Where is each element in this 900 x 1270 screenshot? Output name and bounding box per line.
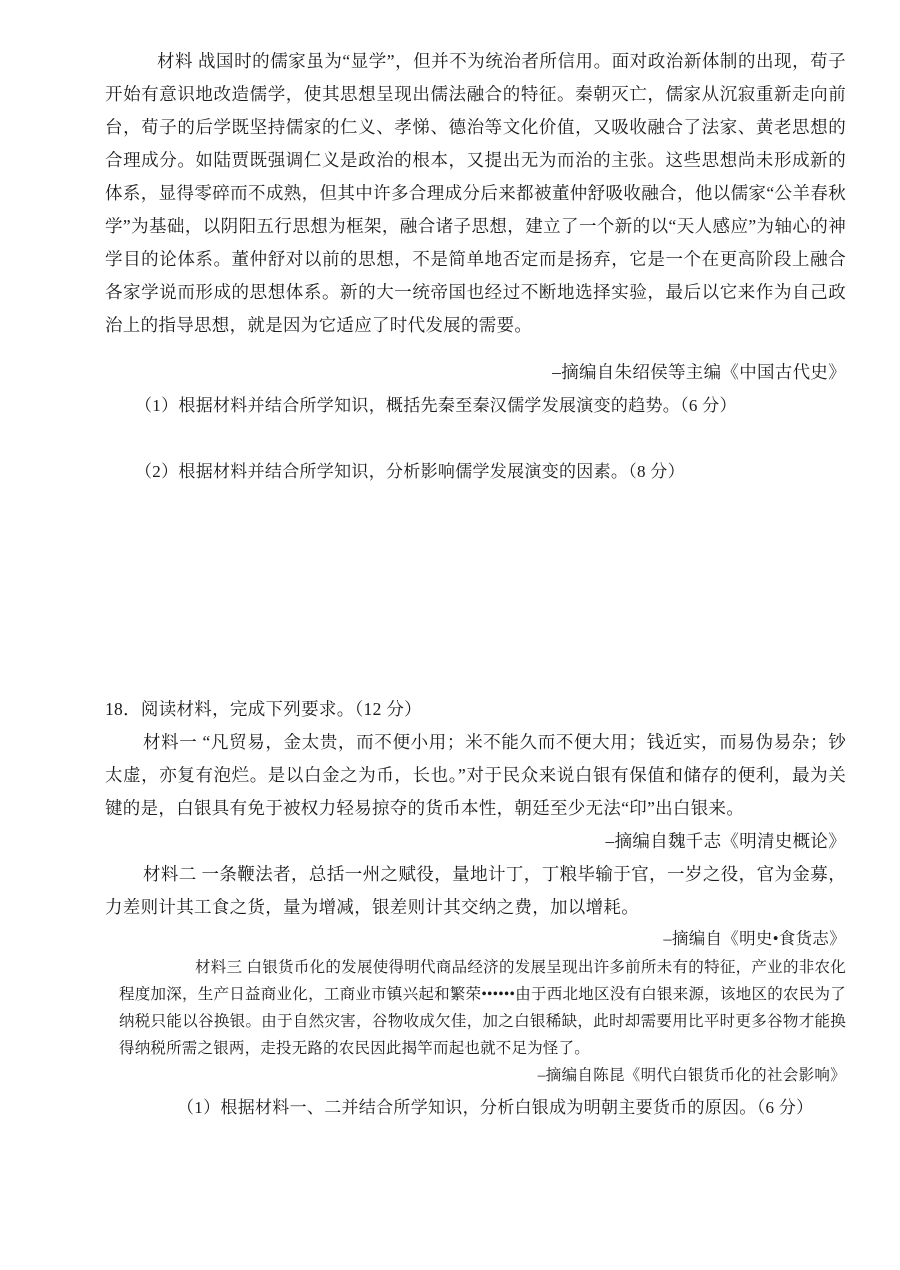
q18-material-1-paragraph: 材料一 “凡贸易，金太贵，而不便小用；米不能久而不便大用；钱近实，而易伪易杂；钞… — [105, 726, 846, 825]
q18-material-2-paragraph: 材料二 一条鞭法者，总括一州之赋役，量地计丁，丁粮毕输于官，一岁之役，官为金募，… — [105, 858, 846, 924]
q18-heading: 18．阅读材料，完成下列要求。（12 分） — [105, 693, 846, 726]
q17-sub-question-2: （2）根据材料并结合所学知识，分析影响儒学发展演变的因素。（8 分） — [105, 455, 846, 488]
page-content: 材料 战国时的儒家虽为“显学”，但并不为统治者所信用。面对政治新体制的出现，荀子… — [0, 0, 900, 1124]
q17-material-paragraph: 材料 战国时的儒家虽为“显学”，但并不为统治者所信用。面对政治新体制的出现，荀子… — [105, 45, 846, 342]
exam-document-page: 材料 战国时的儒家虽为“显学”，但并不为统治者所信用。面对政治新体制的出现，荀子… — [0, 0, 900, 1270]
q18-citation-2-source: –摘编自《明史•食货志》 — [105, 924, 846, 954]
q18-sub-question-1: （1）根据材料一、二并结合所学知识，分析白银成为明朝主要货币的原因。（6 分） — [105, 1091, 846, 1124]
q18-citation-1-source: –摘编自魏千志《明清史概论》 — [105, 825, 846, 858]
q18-citation-3-source: –摘编自陈昆《明代白银货币化的社会影响》 — [105, 1062, 846, 1089]
q17-citation-source: –摘编自朱绍侯等主编《中国古代史》 — [105, 356, 846, 389]
question-18-section: 18．阅读材料，完成下列要求。（12 分） 材料一 “凡贸易，金太贵，而不便小用… — [105, 693, 846, 1124]
q17-sub-question-1: （1）根据材料并结合所学知识，概括先秦至秦汉儒学发展演变的趋势。（6 分） — [105, 389, 846, 422]
question-17-section: 材料 战国时的儒家虽为“显学”，但并不为统治者所信用。面对政治新体制的出现，荀子… — [105, 45, 846, 488]
q18-material-3-paragraph: 材料三 白银货币化的发展使得明代商品经济的发展呈现出许多前所未有的特征，产业的非… — [119, 954, 846, 1062]
